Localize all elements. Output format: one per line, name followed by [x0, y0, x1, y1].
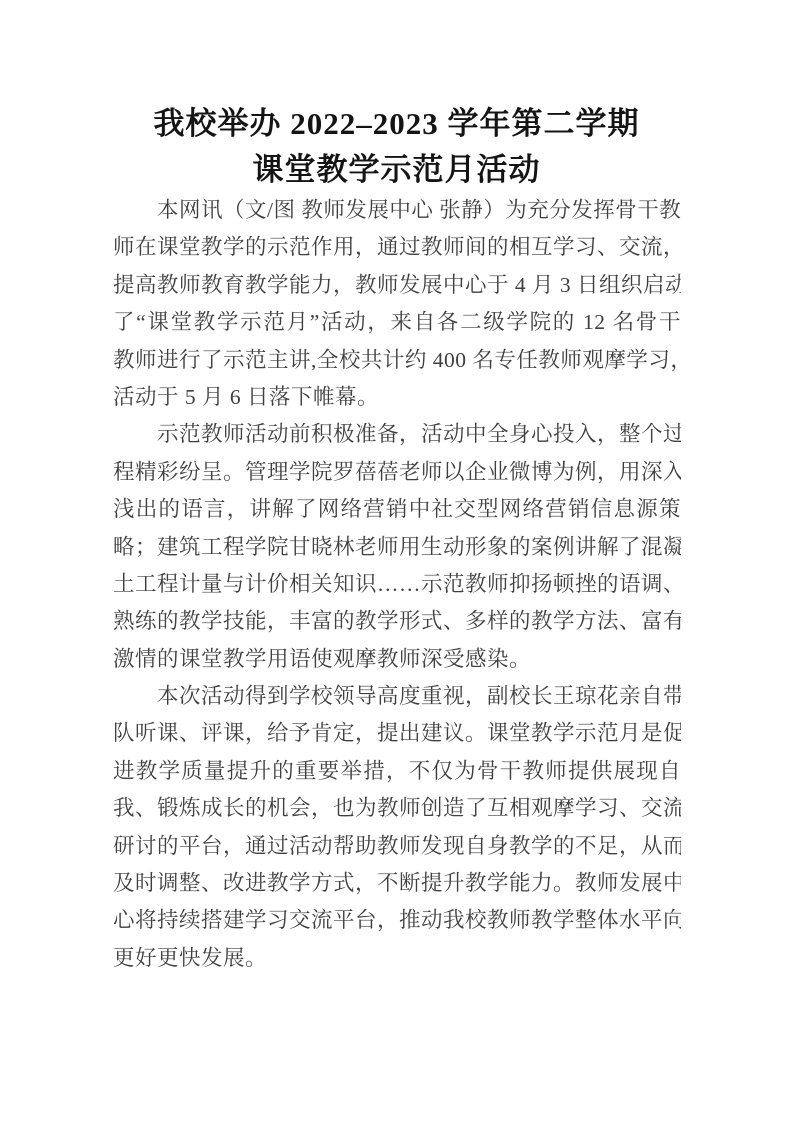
body-line: 了“课堂教学示范月”活动，来自各二级学院的 12 名骨干 — [113, 304, 681, 341]
paragraph-1: 本网讯（文/图 教师发展中心 张静）为充分发挥骨干教师在课堂教学的示范作用，通过… — [113, 192, 681, 416]
body-line: 队听课、评课，给予肯定，提出建议。课堂教学示范月是促 — [113, 715, 681, 752]
body-line: 更好更快发展。 — [113, 940, 681, 977]
body-line: 及时调整、改进教学方式，不断提升教学能力。教师发展中 — [113, 865, 681, 902]
body-line: 活动于 5 月 6 日落下帷幕。 — [113, 379, 681, 416]
body-line: 研讨的平台，通过活动帮助教师发现自身教学的不足，从而 — [113, 828, 681, 865]
paragraph-2: 示范教师活动前积极准备，活动中全身心投入，整个过程精彩纷呈。管理学院罗蓓蓓老师以… — [113, 416, 681, 678]
body-line: 进教学质量提升的重要举措，不仅为骨干教师提供展现自 — [113, 753, 681, 790]
body-line: 我、锻炼成长的机会，也为教师创造了互相观摩学习、交流 — [113, 790, 681, 827]
body-line: 土工程计量与计价相关知识……示范教师抑扬顿挫的语调、 — [113, 566, 681, 603]
title-line-2: 课堂教学示范月活动 — [0, 147, 793, 193]
paragraph-3: 本次活动得到学校领导高度重视，副校长王琼花亲自带队听课、评课，给予肯定，提出建议… — [113, 678, 681, 977]
article-body: 本网讯（文/图 教师发展中心 张静）为充分发挥骨干教师在课堂教学的示范作用，通过… — [113, 192, 681, 977]
document-page: 我校举办 2022–2023 学年第二学期 课堂教学示范月活动 本网讯（文/图 … — [0, 0, 793, 1122]
body-line: 本次活动得到学校领导高度重视，副校长王琼花亲自带 — [113, 678, 681, 715]
body-line: 师在课堂教学的示范作用，通过教师间的相互学习、交流， — [113, 229, 681, 266]
body-line: 熟练的教学技能，丰富的教学形式、多样的教学方法、富有 — [113, 603, 681, 640]
body-line: 激情的课堂教学用语使观摩教师深受感染。 — [113, 641, 681, 678]
body-line: 心将持续搭建学习交流平台，推动我校教师教学整体水平向 — [113, 902, 681, 939]
body-line: 程精彩纷呈。管理学院罗蓓蓓老师以企业微博为例，用深入 — [113, 454, 681, 491]
body-line: 教师进行了示范主讲,全校共计约 400 名专任教师观摩学习， — [113, 342, 681, 379]
body-line: 略；建筑工程学院甘晓林老师用生动形象的案例讲解了混凝 — [113, 529, 681, 566]
body-line: 本网讯（文/图 教师发展中心 张静）为充分发挥骨干教 — [113, 192, 681, 229]
body-line: 示范教师活动前积极准备，活动中全身心投入，整个过 — [113, 416, 681, 453]
body-line: 浅出的语言，讲解了网络营销中社交型网络营销信息源策 — [113, 491, 681, 528]
body-line: 提高教师教育教学能力，教师发展中心于 4 月 3 日组织启动 — [113, 267, 681, 304]
document-title: 我校举办 2022–2023 学年第二学期 课堂教学示范月活动 — [0, 101, 793, 193]
title-line-1: 我校举办 2022–2023 学年第二学期 — [0, 101, 793, 147]
